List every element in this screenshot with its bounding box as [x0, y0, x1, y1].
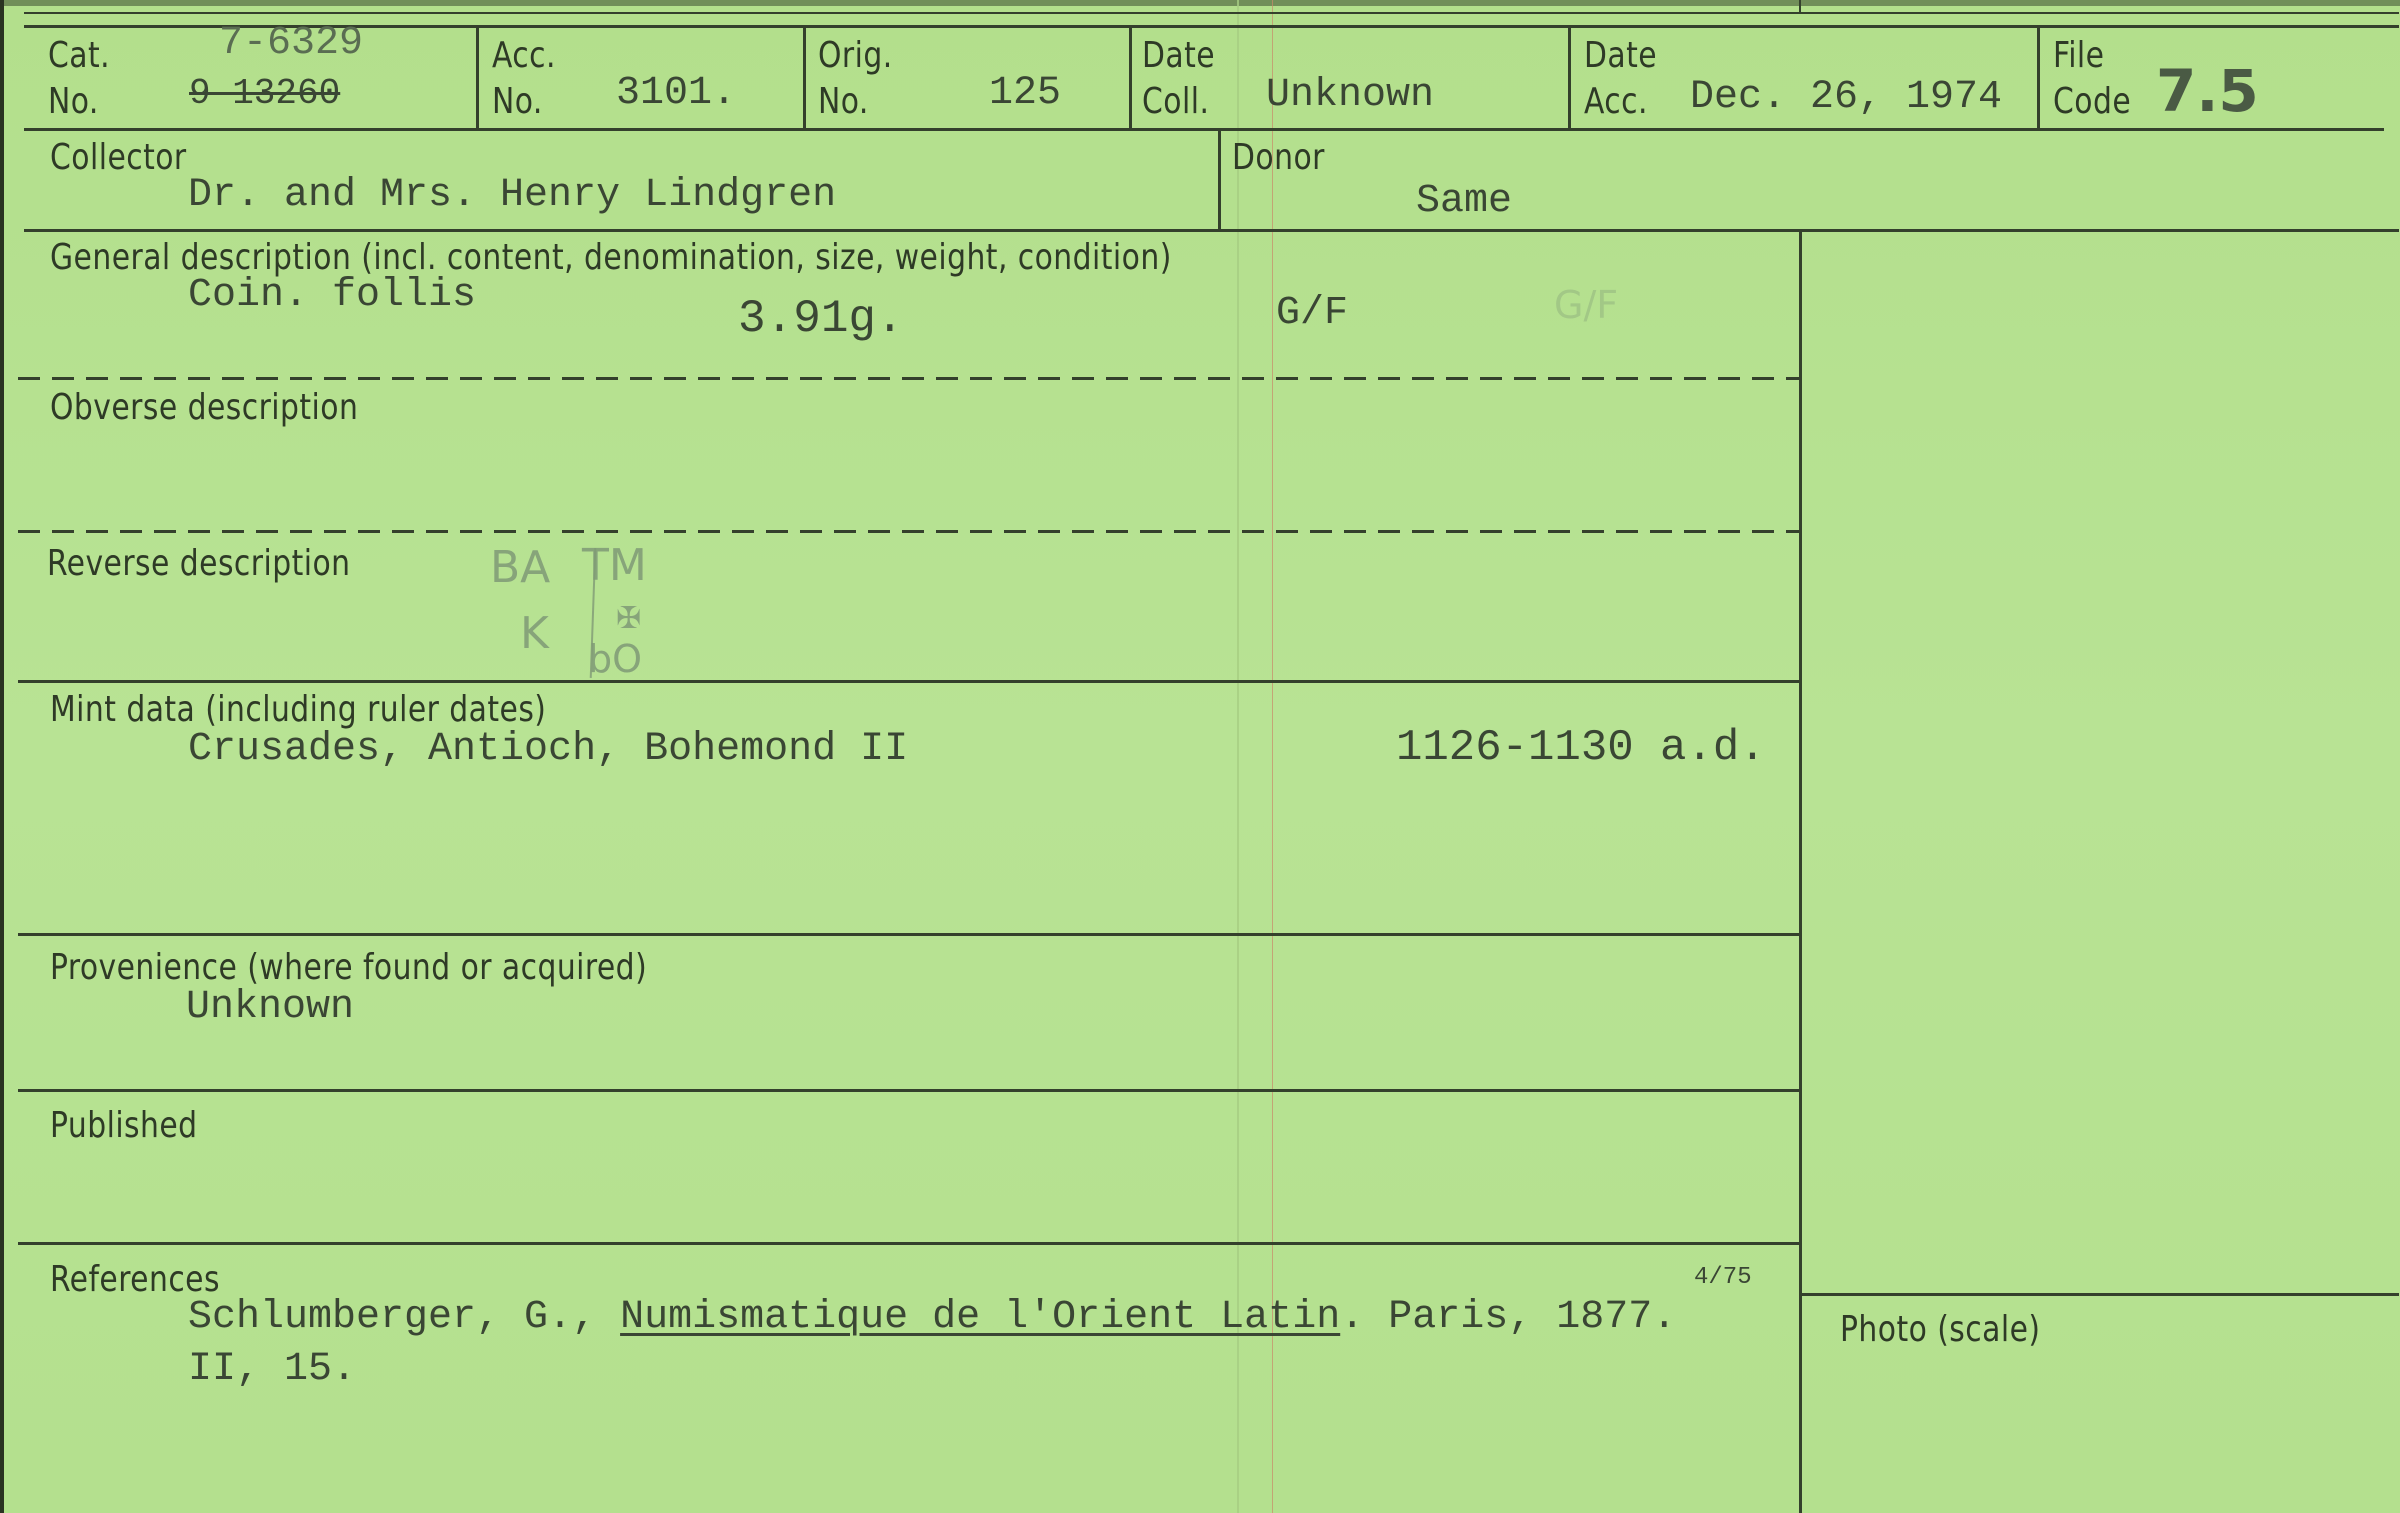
references-date-note: 4/75 — [1694, 1264, 1752, 1291]
obverse-bottom-rule — [18, 530, 1799, 533]
top-rule-1 — [24, 12, 2399, 14]
top-edge — [4, 0, 2400, 6]
cat-no-label-2: No. — [48, 84, 99, 120]
references-author: Schlumberger, G., — [188, 1295, 620, 1340]
references-line2: II, 15. — [188, 1350, 356, 1390]
divider — [1568, 27, 1571, 128]
divider — [476, 27, 479, 128]
collector-value: Dr. and Mrs. Henry Lindgren — [188, 176, 836, 216]
date-acc-label-1: Date — [1584, 38, 1657, 74]
cat-no-typed-struck: 9-13260 — [189, 76, 340, 112]
orig-no-label-1: Orig. — [818, 38, 893, 74]
top-rule-2 — [24, 25, 2399, 28]
margin-line — [1272, 0, 1273, 1513]
pencil-cross: ✠ — [616, 604, 641, 634]
references-rest: . Paris, 1877. — [1340, 1295, 1676, 1340]
date-acc-label-2: Acc. — [1584, 84, 1648, 120]
photo-area — [1802, 1296, 2399, 1513]
orig-no-value: 125 — [989, 74, 1061, 114]
pencil-tm: TM — [582, 544, 647, 588]
acc-no-label-2: No. — [492, 84, 543, 120]
general-description-pencil-note: G/F — [1554, 286, 1618, 324]
pencil-k: K — [520, 612, 549, 656]
obverse-label: Obverse description — [50, 390, 358, 426]
general-description-type: Coin. follis — [188, 276, 476, 316]
general-description-bottom-rule — [18, 377, 1799, 380]
date-coll-label-1: Date — [1142, 38, 1215, 74]
catalog-card: Cat. No. 7-6329 9-13260 Acc. No. 3101. O… — [0, 0, 2400, 1513]
references-citation: Schlumberger, G., Numismatique de l'Orie… — [188, 1298, 1676, 1338]
paper-crease — [1237, 0, 1239, 1513]
provenience-bottom-rule — [18, 1089, 1799, 1092]
published-bottom-rule — [18, 1242, 1799, 1245]
mint-data-dates: 1126-1130 a.d. — [1396, 726, 1766, 770]
reverse-label: Reverse description — [47, 546, 351, 582]
general-description-condition: G/F — [1276, 294, 1348, 334]
orig-no-label-2: No. — [818, 84, 869, 120]
references-title: Numismatique de l'Orient Latin — [620, 1295, 1340, 1340]
divider — [2037, 27, 2040, 128]
pencil-ba: BA — [490, 546, 550, 590]
file-code-label-2: Code — [2053, 84, 2131, 120]
divider — [803, 27, 806, 128]
header-bottom-rule — [24, 128, 2384, 131]
top-tick — [1799, 0, 1801, 12]
collector-bottom-rule — [24, 229, 2399, 232]
donor-value: Same — [1416, 182, 1512, 222]
collector-label: Collector — [50, 140, 187, 176]
general-description-label: General description (incl. content, deno… — [50, 240, 1172, 276]
divider — [1129, 27, 1132, 128]
date-acc-value: Dec. 26, 1974 — [1690, 78, 2002, 118]
mint-data-bottom-rule — [18, 933, 1799, 936]
divider — [1218, 128, 1221, 230]
pencil-bo: bO — [588, 640, 642, 678]
mint-data-label: Mint data (including ruler dates) — [50, 692, 546, 728]
reverse-bottom-rule — [18, 680, 1799, 683]
general-description-weight: 3.91g. — [738, 296, 904, 342]
file-code-handwritten: 7.5 — [2156, 62, 2259, 120]
date-coll-value: Unknown — [1266, 76, 1434, 116]
file-code-label-1: File — [2053, 38, 2104, 74]
acc-no-label-1: Acc. — [492, 38, 556, 74]
donor-label: Donor — [1232, 140, 1325, 176]
published-label: Published — [50, 1108, 198, 1144]
date-coll-label-2: Coll. — [1142, 84, 1209, 120]
cat-no-handwritten: 7-6329 — [219, 24, 363, 64]
cat-no-label-1: Cat. — [48, 38, 110, 74]
mint-data-value: Crusades, Antioch, Bohemond II — [188, 730, 908, 770]
provenience-label: Provenience (where found or acquired) — [50, 950, 647, 986]
references-label: References — [50, 1262, 220, 1298]
provenience-value: Unknown — [186, 988, 354, 1028]
acc-no-value: 3101. — [616, 74, 736, 114]
